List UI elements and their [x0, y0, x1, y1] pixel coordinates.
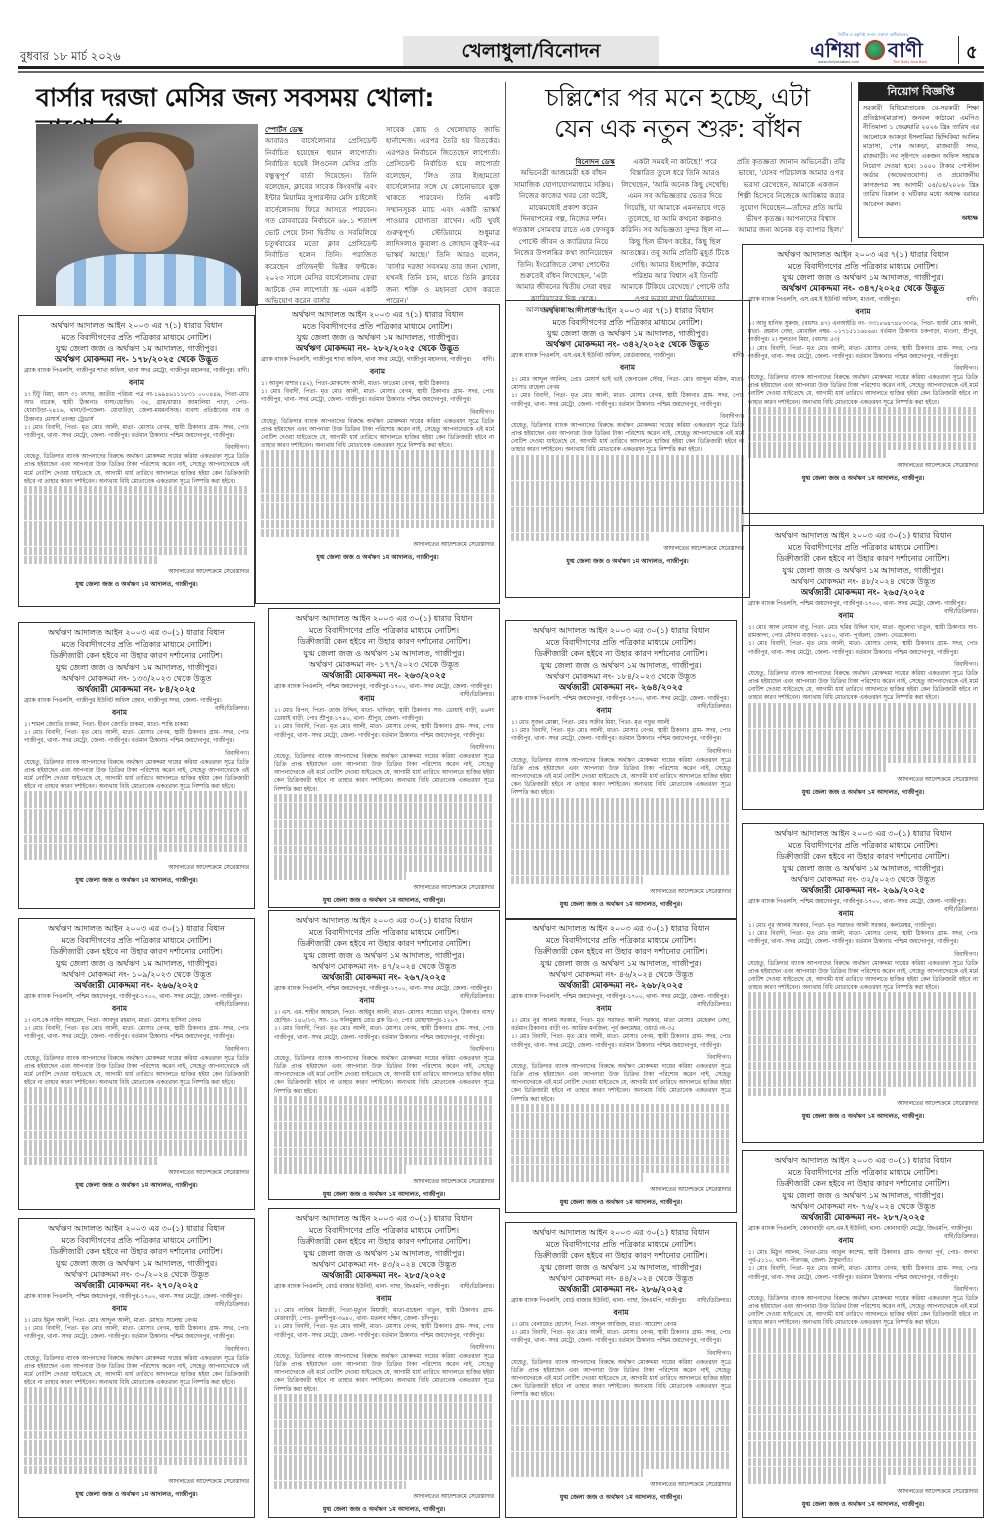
notice-signature: আদালতের আদেশক্রমে সেরেস্তাদার — [511, 1185, 731, 1195]
text-line — [24, 835, 249, 843]
notice-heading-line: মতে বিবাদীগণের প্রতি পত্রিকার মাধ্যমে নো… — [511, 1239, 731, 1251]
text-line — [24, 1422, 249, 1430]
notice-defendant: ১। মোঃ নুর আলম সরকার, পিতা- মৃত সরাফত আল… — [511, 1017, 731, 1033]
text-line — [274, 1472, 494, 1480]
text-line — [274, 1105, 494, 1113]
text-line — [748, 1345, 978, 1353]
notice-plaintiff: ব্র্যাক ব্যাংক পিএলসি, এস.এম.ই ইউনিট অফি… — [511, 352, 744, 360]
text-line — [748, 407, 978, 415]
notice-heading-line: যুগ্ম জেলা জজ ও অর্থঋণ ১ম আদালত, গাজীপুর… — [511, 328, 744, 340]
court-notice[interactable]: অর্থঋণ আদালত আইন ২০০৩ এর ৩০(১) ধারার বিধ… — [742, 1150, 984, 1518]
notice-signature: আদালতের আদেশক্রমে সেরেস্তাদার — [748, 1099, 978, 1109]
notice-body-text: যেহেতু, ডিক্রিদার ব্যাংক আপনাদের বিরুদ্ধ… — [748, 670, 978, 703]
text-line — [511, 806, 731, 814]
notice-defendant: ১। মোঃ মিঠুন আলম, পিতা-মোঃ আবুল কাশেম, স… — [748, 1249, 978, 1265]
plaintiff-role: বাদী/ডিক্রিদার। — [944, 906, 978, 914]
text-line — [274, 820, 494, 828]
notice-heading-line: যুগ্ম জেলা জজ ও অর্থঋণ ১ম আদালত, গাজীপুর… — [274, 950, 494, 962]
text-line — [748, 1045, 978, 1053]
notice-heading-line: ডিক্রীজারী কেন হইবে না উহার কারণ দর্শানো… — [24, 946, 249, 958]
notice-case-number: অর্থঋণ মোকদ্দমা নং- ৩৪২/২০২৫ থেকে উদ্ভূত — [511, 340, 744, 352]
plaintiff-role: বাদী/ডিক্রিদার। — [215, 1001, 249, 1009]
court-notice[interactable]: অর্থঋণ আদালত আইন ২০০৩ এর ৩০(১) ধারার বিধ… — [505, 1222, 737, 1518]
notice-heading-line: মতে বিবাদীগণের প্রতি পত্রিকার মাধ্যমে নো… — [748, 1167, 978, 1179]
text-line — [261, 529, 401, 537]
notice-case-number: অর্থজারী মোকদ্দমা নং- ২৮৬/২০২৫ — [511, 1285, 731, 1297]
text-line — [511, 1156, 731, 1164]
text-line — [511, 533, 651, 541]
notice-heading-line: যুগ্ম জেলা জজ ও অর্থঋণ ১ম আদালত, গাজীপুর… — [511, 1262, 731, 1274]
notice-heading-line: অর্থঋণ আদালত আইন ২০০৩ এর ৩০(১) ধারার বিধ… — [274, 613, 494, 625]
notice-origin-case: অর্থঋণ মোকদ্দমা নং- ৪৬/২০২৪ থেকে উদ্ভূত — [511, 969, 731, 981]
plaintiff-name: ব্র্যাক ব্যাংক পিএলসি, পশ্চিম জয়দেবপুর,… — [24, 1294, 242, 1300]
notice-heading-line: অর্থঋণ আদালত আইন ২০০৩ এর ৩০(১) ধারার বিধ… — [748, 530, 978, 542]
notice-court-name: যুগ্ম জেলা জজ ও অর্থঋণ ১ম আদালত, গাজীপুর… — [261, 552, 494, 563]
notice-origin-case: অর্থঋণ মোকদ্দমা নং- ৩০/২০২৪ থেকে উদ্ভূত — [24, 1269, 249, 1281]
notice-heading-line: মতে বিবাদীগণের প্রতি পত্রিকার মাধ্যমে নো… — [748, 542, 978, 554]
text-line — [511, 489, 744, 497]
section-title: খেলাধুলা/বিনোদন — [403, 36, 659, 66]
defendant-role: বিবাদীগণ। — [24, 1345, 249, 1355]
notice-heading-line: মতে বিবাদীগণের প্রতি পত্রিকার মাধ্যমে নো… — [274, 625, 494, 637]
defendant-role: বিবাদীগণ। — [511, 747, 731, 757]
court-notice[interactable]: অর্থঋণ আদালত আইন ২০০৩ এর ৩০(১) ধারার বিধ… — [505, 918, 737, 1213]
text-line — [261, 503, 494, 511]
text-line — [24, 844, 249, 852]
text-line — [748, 1036, 978, 1044]
notice-heading-line: যুগ্ম জেলা জজ ও অর্থঋণ ১ম আদালত, গাজীপুর… — [24, 958, 249, 970]
masthead: বুধবার ১৮ মার্চ ২০২৬ খেলাধুলা/বিনোদন নির… — [18, 34, 984, 68]
notice-heading-line: মতে বিবাদীগণের প্রতি পত্রিকার মাধ্যমে নো… — [511, 637, 731, 649]
notice-heading-line: ডিক্রীজারী কেন হইবে না উহার কারণ দর্শানো… — [24, 650, 249, 662]
notice-court-name: যুগ্ম জেলা জজ ও অর্থঋণ ১ম আদালত, গাজীপুর… — [274, 1504, 494, 1515]
text-line — [748, 746, 978, 754]
text-line — [24, 1431, 249, 1439]
notice-plaintiff: ব্র্যাক ব্যাংক পিএলসি, গাজীপুর শাখা অফিস… — [261, 356, 494, 364]
notice-court-name: যুগ্ম জেলা জজ ও অর্থঋণ ১ম আদালত, গাজীপুর… — [511, 899, 731, 910]
text-line — [511, 1121, 731, 1129]
notice-signature: আদালতের আদেশক্রমে সেরেস্তাদার — [511, 887, 731, 897]
notice-defendant: ১। মোঃ বেলায়েত হোসেন, পিতা- আব্দুল আজিজ… — [511, 1321, 731, 1329]
text-line — [511, 1469, 643, 1477]
text-line — [24, 1448, 249, 1456]
versus-label: বনাম — [511, 363, 744, 375]
text-line — [511, 498, 744, 506]
notice-heading-line: যুগ্ম জেলা জজ ও অর্থঋণ ১ম আদালত, গাজীপুর… — [24, 662, 249, 674]
notice-case-number: অর্থজারী মোকদ্দমা নং- ২৬৮/২০২৫ — [511, 981, 731, 993]
court-notice[interactable]: অর্থঋণ আদালত আইন ২০০৩ এর ৩০(১) ধারার বিধ… — [505, 620, 737, 920]
notice-heading-line: যুগ্ম জেলা জজ ও অর্থঋণ ১ম আদালত, গাজীপুর… — [24, 343, 249, 355]
notice-heading-line: অর্থঋণ আদালত আইন ২০০৩ এর ৩০(১) ধারার বিধ… — [274, 1213, 494, 1225]
notice-signature: আদালতের আদেশক্রমে সেরেস্তাদার — [274, 1492, 494, 1502]
text-line — [748, 992, 978, 1000]
defendant-role: বিবাদীগণ। — [274, 1343, 494, 1353]
text-line — [511, 798, 731, 806]
notice-heading-line: ডিক্রীজারী কেন হইবে না উহার কারণ দর্শানো… — [511, 648, 731, 660]
text-line — [511, 481, 744, 489]
text-line — [748, 1458, 978, 1466]
text-line — [748, 1397, 978, 1405]
notice-defendant-sample: ১। মোঃ বিবাদী, পিতা- মৃত মোঃ আলী, মাতা- … — [511, 727, 731, 743]
text-line — [274, 1148, 494, 1156]
text-line — [274, 837, 494, 845]
notice-case-number: অর্থজারী মোকদ্দমা নং- ২৮৫/২০২৫ — [274, 1271, 494, 1283]
notice-heading-line: অর্থঋণ আদালত আইন ২০০৩ এর ৩০(১) ধারার বিধ… — [274, 915, 494, 927]
notice-signature: আদালতের আদেশক্রমে সেরেস্তাদার — [274, 1177, 494, 1187]
plaintiff-name: ব্র্যাক ব্যাংক পিএলসি, বোর্ড বাজার ইউনিট… — [274, 1284, 450, 1290]
text-line — [24, 503, 249, 511]
plaintiff-name: ব্র্যাক ব্যাংক পিএলসি, এস.এম.ই ইউনিট অফি… — [511, 353, 675, 359]
text-line — [511, 1417, 731, 1425]
notice-origin-case: অর্থঋণ মোকদ্দমা নং- ৩২/২০২৩ থেকে উদ্ভূত — [748, 874, 978, 886]
notice-court-name: যুগ্ম জেলা জজ ও অর্থঋণ ১ম আদালত, গাজীপুর… — [24, 1180, 249, 1191]
notice-origin-case: অর্থঋণ মোকদ্দমা নং- ১৭৭/২০২৩ থেকে উদ্ভূত — [274, 659, 494, 671]
text-line — [748, 1071, 978, 1079]
text-line — [274, 1455, 494, 1463]
plaintiff-name: ব্র্যাক ব্যাংক পিএলসি, পশ্চিম জয়দেবপুর,… — [511, 994, 729, 1000]
text-line — [511, 463, 744, 471]
story1-text-2: সাবেক কোচ ও খেলোয়াড় জাভি হার্নান্দেজ। … — [386, 125, 500, 305]
notice-heading-line: অর্থঋণ আদালত আইন ২০০৩ এর ৭(১) ধারার বিধা… — [24, 320, 249, 332]
notice-court-name: যুগ্ম জেলা জজ ও অর্থঋণ ১ম আদালত, গাজীপুর… — [748, 1111, 978, 1122]
text-line — [274, 872, 406, 880]
text-line — [24, 1396, 249, 1404]
text-line — [24, 791, 249, 799]
logo-text-left: এশিয়া — [810, 36, 860, 69]
notice-defendant: ১। আবু হানিফ সুরুজ, (বয়সঃ ৪৭) এনআইডি নং… — [748, 320, 978, 345]
plaintiff-role: বাদী। — [237, 367, 249, 375]
notice-origin-case: অর্থঋণ মোকদ্দমা নং- ৭৬/২০২৪ থেকে উদ্ভূত — [748, 1201, 978, 1213]
plaintiff-role: বাদী/ডিক্রিদার। — [944, 1233, 978, 1241]
notice-heading-line: ডিক্রীজারী কেন হইবে না উহার কারণ দর্শানো… — [748, 1178, 978, 1190]
logo-text-right: বাণী — [888, 36, 923, 69]
header-rule-thin — [18, 71, 984, 73]
notice-heading-line: ডিক্রীজারী কেন হইবে না উহার কারণ দর্শানো… — [24, 1246, 249, 1258]
notice-heading-line: অর্থঋণ আদালত আইন ২০০৩ এর ৩০(১) ধারার বিধ… — [511, 923, 731, 935]
text-line — [274, 1122, 494, 1130]
notice-heading-line: অর্থঋণ আদালত আইন ২০০৩ এর ৭(১) ধারার বিধা… — [261, 309, 494, 321]
newspaper-logo[interactable]: নির্ভীক ও বস্তুনিষ্ঠ সংবাদ প্রকাশে অঙ্গী… — [798, 34, 948, 66]
plaintiff-role: বাদী/ডিক্রিদার। — [697, 1001, 731, 1009]
notice-court-name: যুগ্ম জেলা জজ ও অর্থঋণ ১ম আদালত, গাজীপুর… — [748, 473, 978, 484]
notice-heading-line: ডিক্রীজারী কেন হইবে না উহার কারণ দর্শানো… — [274, 636, 494, 648]
plaintiff-name: ব্র্যাক ব্যাংক পিএলসি, গাজীপুর শাখা অফিস… — [24, 368, 235, 374]
notice-heading-line: মতে বিবাদীগণের প্রতি পত্রিকার মাধ্যমে নো… — [274, 1225, 494, 1237]
story1-text-1: আবারও বার্সেলোনার প্রেসিডেন্ট নির্বাচিত … — [265, 136, 377, 305]
plaintiff-name: ব্র্যাক ব্যাংক পিএলসি, গাজীপুর শাখা অফিস… — [261, 357, 472, 363]
court-notice[interactable]: অর্থঋণ আদালত আইন ২০০৩ এর ৩০(১) ধারার বিধ… — [18, 918, 255, 1210]
notice-heading-line: যুগ্ম জেলা জজ ও অর্থঋণ ১ম আদালত, গাজীপুর… — [274, 648, 494, 660]
notice-heading-line: ডিক্রীজারী কেন হইবে না উহার কারণ দর্শানো… — [511, 946, 731, 958]
notice-defendant-sample: ১। মোঃ বিবাদী, পিতা- মৃত মোঃ আলী, মাতা- … — [274, 1323, 494, 1339]
court-notice[interactable]: অর্থঋণ আদালত আইন ২০০৩ এর ৩০(১) ধারার বিধ… — [742, 823, 984, 1143]
text-line — [511, 1460, 731, 1468]
notice-heading-line: যুগ্ম জেলা জজ ও অর্থঋণ ১ম আদালত, গাজীপুর… — [748, 863, 978, 875]
notice-origin-case: অর্থঋণ মোকদ্দমা নং- ৪৪/২০২৪ থেকে উদ্ভূত — [511, 1273, 731, 1285]
notice-body-text: যেহেতু, ডিক্রিদার ব্যাংক আপনাদের বিরুদ্ধ… — [274, 1055, 494, 1096]
notice-defendant: ১। এস.কে নাহিদ আহমেদ, পিতা- আবদুর রহমান,… — [24, 1017, 249, 1025]
defendant-role: বিবাদীগণ। — [511, 1053, 731, 1063]
logo-english-name: The Daily Asia Bani — [893, 60, 927, 64]
notice-defendant-sample: ১। মোঃ বিবাদী, পিতা- মৃত মোঃ আলী, মাতা- … — [748, 640, 978, 656]
text-line — [24, 1387, 249, 1395]
text-line — [24, 1122, 249, 1130]
defendant-role: বিবাদীগণ। — [274, 1045, 494, 1055]
court-notice[interactable]: অর্থঋণ আদালত আইন ২০০৩ এর ৭(১) ধারার বিধা… — [742, 244, 984, 514]
notice-heading-line: মতে বিবাদীগণের প্রতি পত্রিকার মাধ্যমে নো… — [24, 935, 249, 947]
defendant-role: বিবাদীগণ। — [274, 743, 494, 753]
notice-heading-line: অর্থঋণ আদালত আইন ২০০৩ এর ৩০(১) ধারার বিধ… — [24, 1223, 249, 1235]
text-line — [748, 1415, 978, 1423]
text-line — [511, 507, 744, 515]
notice-case-number: অর্থঋণ মোকদ্দমা নং- ২৮২/২০২৫ থেকে উদ্ভূত — [261, 344, 494, 356]
text-line — [748, 1336, 978, 1344]
notice-case-number: অর্থজারী মোকদ্দমা নং- ২৬৩/২০২৫ — [274, 671, 494, 683]
notice-court-name: যুগ্ম জেলা জজ ও অর্থঋণ ১ম আদালত, গাজীপুর… — [511, 556, 744, 567]
notice-body-text: যেহেতু, ডিক্রিদার ব্যাংক আপনাদের বিরুদ্ধ… — [511, 1063, 731, 1104]
job-ad[interactable]: নিয়োগ বিজ্ঞপ্তি সরকারী বিধিমোতাবেক বে-স… — [858, 82, 984, 238]
text-line — [511, 1443, 731, 1451]
notice-heading-line: ডিক্রীজারী কেন হইবে না উহার কারণ দর্শানো… — [748, 851, 978, 863]
notice-origin-case: অর্থঋণ মোকদ্দমা নং- ১৮৪/২০২৩ থেকে উদ্ভূত — [511, 671, 731, 683]
notice-plaintiff: ব্র্যাক ব্যাংক পিএলসি, পশ্চিম জয়দেবপুর,… — [274, 683, 494, 691]
text-line — [511, 1426, 731, 1434]
text-line — [24, 1466, 159, 1474]
messi-photo — [36, 124, 258, 306]
court-notice[interactable]: অর্থঋণ আদালত আইন ২০০৩ এর ৭(১) ধারার বিধা… — [18, 315, 255, 607]
text-line — [748, 1010, 978, 1018]
notice-heading-line: মতে বিবাদীগণের প্রতি পত্রিকার মাধ্যমে নো… — [261, 321, 494, 333]
defendant-role: বিবাদীগণ। — [748, 950, 978, 960]
text-line — [748, 1079, 978, 1087]
notice-body-text: যেহেতু, ডিক্রিদার ব্যাংক আপনাদের বিরুদ্ধ… — [274, 1353, 494, 1394]
notice-case-number: অর্থজারী মোকদ্দমা নং- ২৭০/২০২৫ — [24, 1281, 249, 1293]
plaintiff-name: ব্র্যাক ব্যাংক পিএলসি, কোনাবাড়ী এস.এম.ই… — [748, 1226, 972, 1232]
defendant-role: বিবাদীগণ। — [511, 412, 744, 422]
court-notice[interactable]: অর্থঋণ আদালত আইন ২০০৩ এর ৭(১) ধারার বিধা… — [255, 304, 500, 604]
text-line — [748, 1354, 978, 1362]
plaintiff-role: বাদী/ডিক্রিদার। — [215, 705, 249, 713]
notice-heading-line: ডিক্রীজারী কেন হইবে না উহার কারণ দর্শানো… — [274, 1236, 494, 1248]
notice-court-name: যুগ্ম জেলা জজ ও অর্থঋণ ১ম আদালত, গাজীপুর… — [511, 1492, 731, 1503]
notice-signature: আদালতের আদেশক্রমে সেরেস্তাদার — [748, 1487, 978, 1497]
versus-label: বনাম — [748, 307, 978, 319]
text-line — [748, 1388, 978, 1396]
page-number: ৫ — [966, 38, 978, 69]
text-line — [748, 1001, 978, 1009]
defendant-role: বিবাদীগণ। — [24, 749, 249, 759]
text-line — [748, 442, 978, 450]
defendant-role: বিবাদীগণ। — [511, 1349, 731, 1359]
text-line — [24, 809, 249, 817]
text-line — [274, 1481, 406, 1489]
court-notice[interactable]: অর্থঋণ আদালত আইন ২০০৩ এর ৩০(১) ধারার বিধ… — [18, 1218, 255, 1518]
text-line — [24, 547, 249, 555]
court-notice[interactable]: অর্থঋণ আদালত আইন ২০০৩ এর ৩০(১) ধারার বিধ… — [268, 910, 500, 1200]
court-notice[interactable]: অর্থঋণ আদালত আইন ২০০৩ এর ৭(১) ধারার বিধা… — [505, 300, 750, 598]
notice-court-name: যুগ্ম জেলা জজ ও অর্থঋণ ১ম আদালত, গাজীপুর… — [24, 875, 249, 886]
notice-signature: আদালতের আদেশক্রমে সেরেস্তাদার — [274, 883, 494, 893]
text-line — [748, 416, 978, 424]
text-line — [748, 755, 978, 763]
notice-plaintiff: ব্র্যাক ব্যাংক পিএলসি, পশ্চিম জয়দেবপুর,… — [748, 898, 978, 906]
text-line — [261, 468, 494, 476]
text-line — [261, 450, 494, 458]
job-ad-title: নিয়োগ বিজ্ঞপ্তি — [859, 83, 983, 101]
text-line — [274, 1437, 494, 1445]
text-line — [511, 455, 744, 463]
text-line — [274, 1113, 494, 1121]
text-line — [748, 433, 978, 441]
text-line — [24, 1096, 249, 1104]
defendant-role: বিবাদীগণ। — [24, 1045, 249, 1055]
text-line — [748, 703, 978, 711]
notice-defendant: ১। শামল জ্যোতি চাকমা, পিতা- হীরন জ্যোতি … — [24, 721, 249, 729]
text-line — [24, 1113, 249, 1121]
text-line — [274, 794, 494, 802]
notice-heading-line: যুগ্ম জেলা জজ ও অর্থঋণ ১ম আদালত, গাজীপুর… — [511, 958, 731, 970]
notice-court-name: যুগ্ম জেলা জজ ও অর্থঋণ ১ম আদালত, গাজীপুর… — [24, 579, 249, 590]
text-line — [24, 1131, 249, 1139]
text-line — [511, 1452, 731, 1460]
plaintiff-name: ব্র্যাক ব্যাংক পিএলসি, এস.এম.ই ইউনিট অফি… — [748, 297, 900, 303]
notice-origin-case: অর্থঋণ মোকদ্দমা নং- ১০৯/২০২৩ থেকে উদ্ভূত — [24, 969, 249, 981]
notice-body-text: যেহেতু, ডিক্রিদার ব্যাংক আপনাদের বিরুদ্ধ… — [748, 960, 978, 993]
text-line — [274, 855, 494, 863]
text-line — [748, 450, 886, 458]
plaintiff-role: বাদী/ডিক্রিদার। — [215, 1301, 249, 1309]
plaintiff-name: ব্র্যাক ব্যাংক পিএলসি, গাজীপুর ইউনিট অফি… — [24, 698, 222, 704]
text-line — [748, 1432, 978, 1440]
text-line — [261, 476, 494, 484]
text-line — [748, 1380, 978, 1388]
text-line — [261, 520, 494, 528]
text-line — [274, 1463, 494, 1471]
plaintiff-role: বাদী/ডিক্রিদার। — [460, 691, 494, 699]
text-line — [511, 867, 731, 875]
notice-body-text: যেহেতু, ডিক্রিদার ব্যাংক আপনাদের বিরুদ্ধ… — [748, 374, 978, 407]
text-line — [748, 1027, 978, 1035]
notice-case-number: অর্থঋণ মোকদ্দমা নং- ৩৪৭/২০২৫ থেকে উদ্ভূত — [748, 284, 978, 296]
notice-heading-line: অর্থঋণ আদালত আইন ২০০৩ এর ৩০(১) ধারার বিধ… — [24, 923, 249, 935]
notice-signature: আদালতের আদেশক্রমে সেরেস্তাদার — [511, 1480, 731, 1490]
notice-case-number: অর্থজারী মোকদ্দমা নং- ২৬৫/২০২৫ — [748, 588, 978, 600]
text-line — [511, 1139, 731, 1147]
column-divider — [851, 82, 852, 242]
notice-court-name: যুগ্ম জেলা জজ ও অর্থঋণ ১ম আদালত, গাজীপুর… — [748, 787, 978, 798]
notice-heading-line: অর্থঋণ আদালত আইন ২০০৩ এর ৩০(১) ধারার বিধ… — [24, 627, 249, 639]
text-line — [274, 1429, 494, 1437]
notice-signature: আদালতের আদেশক্রমে সেরেস্তাদার — [24, 1168, 249, 1178]
text-line — [24, 826, 249, 834]
notice-body-text: যেহেতু, ডিক্রিদার ব্যাংক আপনাদের বিরুদ্ধ… — [511, 757, 731, 798]
story2-headline[interactable]: চল্লিশের পর মনে হচ্ছে, এটা যেন এক নতুন শ… — [525, 82, 830, 145]
notice-body-text: যেহেতু, ডিক্রিদার ব্যাংক আপনাদের বিরুদ্ধ… — [24, 759, 249, 792]
notice-body-text: যেহেতু, ডিক্রিদার ব্যাংক আপনাদের বিরুদ্ধ… — [24, 1055, 249, 1088]
versus-label: বনাম — [24, 378, 249, 390]
story2-column-1: বিনোদন ডেস্ক অভিনেত্রী আজমেরী হক বাঁধন স… — [512, 156, 615, 316]
text-line — [274, 1139, 494, 1147]
court-notice[interactable]: অর্থঋণ আদালত আইন ২০০৩ এর ৩০(১) ধারার বিধ… — [742, 525, 984, 810]
text-line — [511, 824, 731, 832]
notice-body-text: যেহেতু, ডিক্রিদার ব্যাংক আপনাদের বিরুদ্ধ… — [261, 418, 494, 451]
text-line — [511, 472, 744, 480]
notice-signature: আদালতের আদেশক্রমে সেরেস্তাদার — [24, 567, 249, 577]
plaintiff-name: ব্র্যাক ব্যাংক পিএলসি, পশ্চিম জয়দেবপুর,… — [24, 994, 242, 1000]
notice-origin-case: অর্থঋণ মোকদ্দমা নং- ৪৭/২০২৪ থেকে উদ্ভূত — [274, 961, 494, 973]
court-notice[interactable]: অর্থঋণ আদালত আইন ২০০৩ এর ৩০(১) ধারার বিধ… — [18, 622, 255, 909]
notice-heading-line: যুগ্ম জেলা জজ ও অর্থঋণ ১ম আদালত, গাজীপুর… — [511, 660, 731, 672]
text-line — [261, 485, 494, 493]
text-line — [261, 494, 494, 502]
text-line — [511, 1104, 731, 1112]
text-line — [24, 800, 249, 808]
notice-case-number: অর্থজারী মোকদ্দমা নং- ২৬৪/২০২৫ — [511, 683, 731, 695]
story2-text-3: প্রতি কৃতজ্ঞতা জানান অভিনেত্রী। তাঁর ভাষ… — [737, 157, 845, 234]
notice-heading-line: অর্থঋণ আদালত আইন ২০০৩ এর ৩০(১) ধারার বিধ… — [748, 1155, 978, 1167]
plaintiff-name: ব্র্যাক ব্যাংক পিএলসি, পশ্চিম জয়দেবপুর,… — [748, 899, 966, 905]
notice-case-number: অর্থজারী মোকদ্দমা নং- ২৬৬/২০২৫ — [24, 981, 249, 993]
globe-icon — [865, 40, 885, 60]
notice-defendant: ১। মোঃ নাজিম মিয়াজী, পিতা-মৃত্যুন মিয়া… — [274, 1307, 494, 1323]
notice-plaintiff: ব্র্যাক ব্যাংক পিএলসি, কোনাবাড়ী এস.এম.ই… — [748, 1225, 978, 1233]
text-line — [748, 737, 978, 745]
notice-case-number: অর্থজারী মোকদ্দমা নং- ৮৪/২০২৫ — [24, 685, 249, 697]
plaintiff-name: ব্র্যাক ব্যাংক পিএলসি, পশ্চিম জয়দেবপুর,… — [274, 684, 492, 690]
text-line — [511, 1400, 731, 1408]
photo-face — [98, 142, 188, 252]
text-line — [748, 1406, 978, 1414]
notice-heading-line: মতে বিবাদীগণের প্রতি পত্রিকার মাধ্যমে নো… — [24, 1235, 249, 1247]
notice-origin-case: অর্থঋণ মোকদ্দমা নং- ৪৩/২০২৪ থেকে উদ্ভূত — [274, 1259, 494, 1271]
defendant-role: বিবাদীগণ। — [748, 660, 978, 670]
notice-court-name: যুগ্ম জেলা জজ ও অর্থঋণ ১ম আদালত, গাজীপুর… — [274, 895, 494, 906]
notice-heading-line: অর্থঋণ আদালত আইন ২০০৩ এর ৭(১) ধারার বিধা… — [511, 305, 744, 317]
notice-defendant: ১। মোঃ আব্দুল আলিম, প্রোঃ মেসার্স ভাই ভা… — [511, 376, 744, 392]
notice-heading-line: যুগ্ম জেলা জজ ও অর্থঋণ ১ম আদালত, গাজীপুর… — [24, 1258, 249, 1270]
court-notice[interactable]: অর্থঋণ আদালত আইন ২০০৩ এর ৩০(১) ধারার বিধ… — [268, 1208, 500, 1518]
text-line — [511, 832, 731, 840]
text-line — [274, 863, 494, 871]
versus-label: বনাম — [511, 1308, 731, 1320]
text-line — [748, 424, 978, 432]
story2-text-2: একটা সময়ই না কাটছে!' পরে বিস্তারিত তুলে… — [621, 157, 730, 303]
notice-plaintiff: ব্র্যাক ব্যাংক পিএলসি, গাজীপুর শাখা অফিস… — [24, 367, 249, 375]
notice-plaintiff: ব্র্যাক ব্যাংক পিএলসি, পশ্চিম জয়দেবপুর,… — [748, 600, 978, 608]
text-line — [511, 1408, 731, 1416]
text-line — [261, 459, 494, 467]
notice-signature: আদালতের আদেশক্রমে সেরেস্তাদার — [24, 1477, 249, 1487]
versus-label: বনাম — [261, 367, 494, 379]
text-line — [24, 1105, 249, 1113]
text-line — [261, 511, 494, 519]
text-line — [24, 1087, 249, 1095]
text-line — [24, 538, 249, 546]
notice-defendant: ১। মোঃ ইমুল আলী, পিতা- মোঃ আব্দুল আলী, ম… — [24, 1317, 249, 1325]
court-notice[interactable]: অর্থঋণ আদালত আইন ২০০৩ এর ৩০(১) ধারার বিধ… — [268, 608, 500, 908]
notice-plaintiff: ব্র্যাক ব্যাংক পিএলসি, পশ্চিম জয়দেবপুর,… — [511, 993, 731, 1001]
notice-body-text: যেহেতু, ডিক্রিদার ব্যাংক আপনাদের বিরুদ্ধ… — [24, 453, 249, 486]
text-line — [748, 1423, 978, 1431]
story2-byline: বিনোদন ডেস্ক — [512, 156, 615, 167]
notice-heading-line: অর্থঋণ আদালত আইন ২০০৩ এর ৩০(১) ধারার বিধ… — [511, 1227, 731, 1239]
notice-heading-line: মতে বিবাদীগণের প্রতি পত্রিকার মাধ্যমে নো… — [511, 935, 731, 947]
text-line — [24, 1457, 249, 1465]
notice-body-text: যেহেতু, ডিক্রিদার ব্যাংক আপনাদের বিরুদ্ধ… — [24, 1355, 249, 1388]
text-line — [748, 1467, 978, 1475]
text-line — [274, 811, 494, 819]
notice-defendant: ১। মোঃ নুর আলম সরকার, পিতা- মৃত সরাফত আল… — [748, 922, 978, 930]
